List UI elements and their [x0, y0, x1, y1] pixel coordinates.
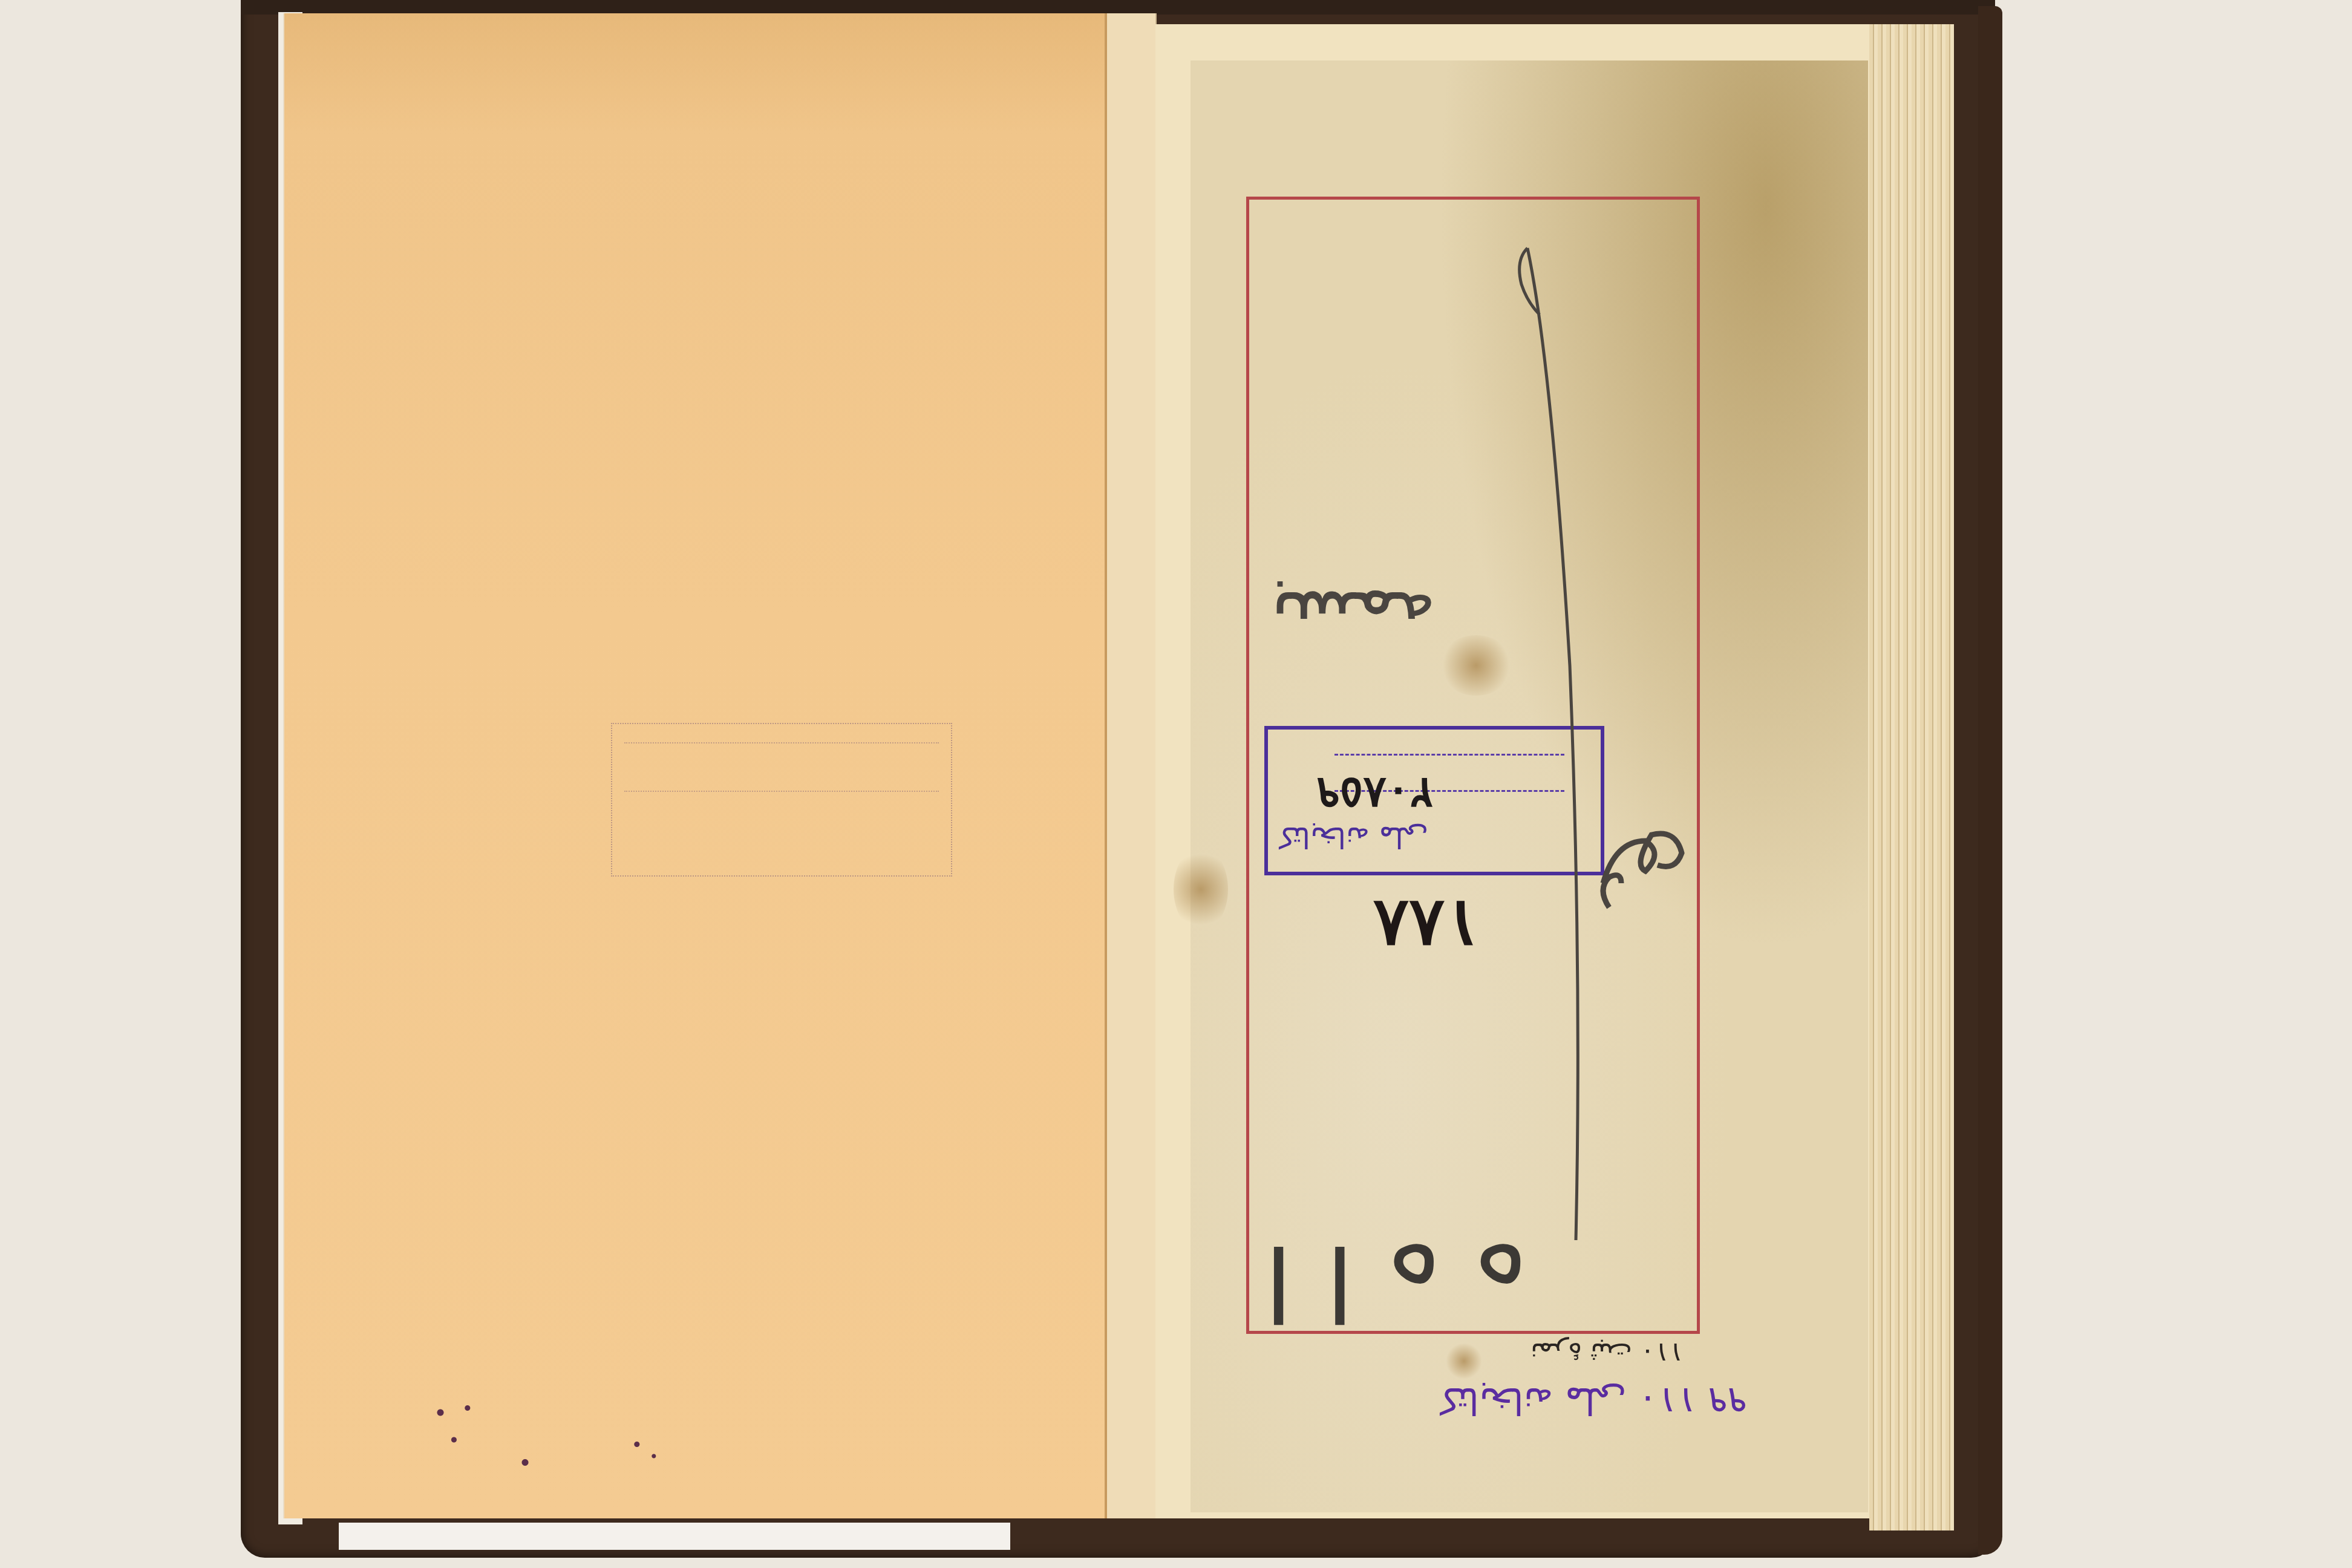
pen-curl-flourish: [1597, 817, 1688, 913]
bottom-white-slip: [339, 1523, 1010, 1550]
cover-right-edge: [1978, 6, 2002, 1555]
handwritten-note: نمرۀ ثبت ۱۱۰: [1530, 1337, 1684, 1368]
foxing-stain: [1446, 1343, 1482, 1379]
ink-speckles: [423, 1385, 762, 1476]
stamp-library-name: کتابخانه ملی: [1279, 820, 1428, 854]
fore-edge-pages: [1869, 24, 1954, 1530]
pencil-inscription: بسمه: [1270, 575, 1436, 659]
folio-number: ١٨٨: [1373, 886, 1480, 964]
foxing-stain: [1174, 847, 1228, 932]
purple-stamp-note: کتابخانه ملی ۱۱۰ ۹۹: [1440, 1379, 1747, 1422]
large-ink-inscription: ا ا ه ه: [1264, 1222, 1527, 1342]
pen-stroke-flourish: [1515, 242, 1594, 1270]
gutter-guard: [1107, 13, 1157, 1518]
cover-top-edge: [241, 0, 1995, 15]
stamp-registration-number: ٢٠٨٥٩: [1316, 768, 1433, 820]
offset-stamp-ghost: [611, 723, 952, 877]
